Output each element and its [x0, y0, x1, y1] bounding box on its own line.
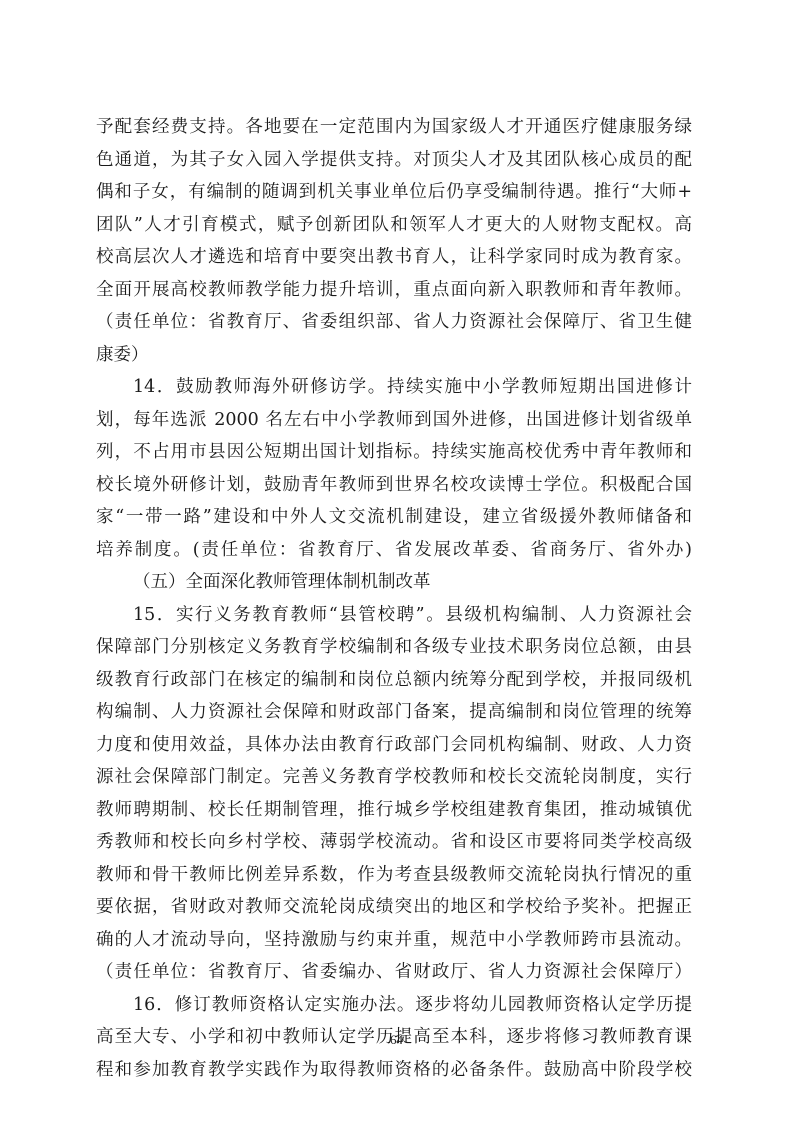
- paragraph-15-start: 15．实行义务教育教师“县管校聘”。县级机构编制、人力资源社会: [96, 599, 692, 632]
- text-line: 予配套经费支持。各地要在一定范围内为国家级人才开通医疗健康服务绿: [96, 111, 692, 144]
- document-page: 予配套经费支持。各地要在一定范围内为国家级人才开通医疗健康服务绿 色通道，为其子…: [0, 0, 793, 1122]
- paragraph-14-start: 14．鼓励教师海外研修访学。持续实施中小学教师短期出国进修计: [96, 371, 692, 404]
- body-text: 予配套经费支持。各地要在一定范围内为国家级人才开通医疗健康服务绿 色通道，为其子…: [96, 111, 692, 1086]
- text-line: 列，不占用市县因公短期出国计划指标。持续实施高校优秀中青年教师和: [96, 436, 692, 469]
- text-line: 教师聘期制、校长任期制管理，推行城乡学校组建教育集团，推动城镇优: [96, 794, 692, 827]
- text-line: 培养制度。(责任单位：省教育厅、省发展改革委、省商务厅、省外办): [96, 534, 692, 567]
- text-line: （责任单位：省教育厅、省委组织部、省人力资源社会保障厅、省卫生健: [96, 306, 692, 339]
- text-line: 校高层次人才遴选和培育中要突出教书育人，让科学家同时成为教育家。: [96, 241, 692, 274]
- text-line: 秀教师和校长向乡村学校、薄弱学校流动。省和设区市要将同类学校高级: [96, 826, 692, 859]
- text-line: 家“一带一路”建设和中外人文交流机制建设，建立省级援外教师储备和: [96, 501, 692, 534]
- text-line: 康委）: [96, 339, 692, 372]
- text-line: 程和参加教育教学实践作为取得教师资格的必备条件。鼓励高中阶段学校: [96, 1054, 692, 1087]
- text-line: 要依据，省财政对教师交流轮岗成绩突出的地区和学校给予奖补。把握正: [96, 891, 692, 924]
- text-line: 团队”人才引育模式，赋予创新团队和领军人才更大的人财物支配权。高: [96, 209, 692, 242]
- text-line: 保障部门分别核定义务教育学校编制和各级专业技术职务岗位总额，由县: [96, 631, 692, 664]
- text-line: 构编制、人力资源社会保障和财政部门备案，提高编制和岗位管理的统筹: [96, 696, 692, 729]
- text-line: 划，每年选派 2000 名左右中小学教师到国外进修，出国进修计划省级单: [96, 404, 692, 437]
- page-number: 64: [0, 1032, 793, 1048]
- text-line: 色通道，为其子女入园入学提供支持。对顶尖人才及其团队核心成员的配: [96, 144, 692, 177]
- text-line: 源社会保障部门制定。完善义务教育学校教师和校长交流轮岗制度，实行: [96, 761, 692, 794]
- section-heading: （五）全面深化教师管理体制机制改革: [96, 566, 692, 599]
- paragraph-16-start: 16．修订教师资格认定实施办法。逐步将幼儿园教师资格认定学历提: [96, 989, 692, 1022]
- text-line: （责任单位：省教育厅、省委编办、省财政厅、省人力资源社会保障厅）: [96, 956, 692, 989]
- text-line: 力度和使用效益，具体办法由教育行政部门会同机构编制、财政、人力资: [96, 729, 692, 762]
- text-line: 确的人才流动导向，坚持激励与约束并重，规范中小学教师跨市县流动。: [96, 924, 692, 957]
- text-line: 偶和子女，有编制的随调到机关事业单位后仍享受编制待遇。推行“大师+: [96, 176, 692, 209]
- text-line: 级教育行政部门在核定的编制和岗位总额内统筹分配到学校，并报同级机: [96, 664, 692, 697]
- text-line: 校长境外研修计划，鼓励青年教师到世界名校攻读博士学位。积极配合国: [96, 469, 692, 502]
- text-line: 教师和骨干教师比例差异系数，作为考查县级教师交流轮岗执行情况的重: [96, 859, 692, 892]
- text-line: 全面开展高校教师教学能力提升培训，重点面向新入职教师和青年教师。: [96, 274, 692, 307]
